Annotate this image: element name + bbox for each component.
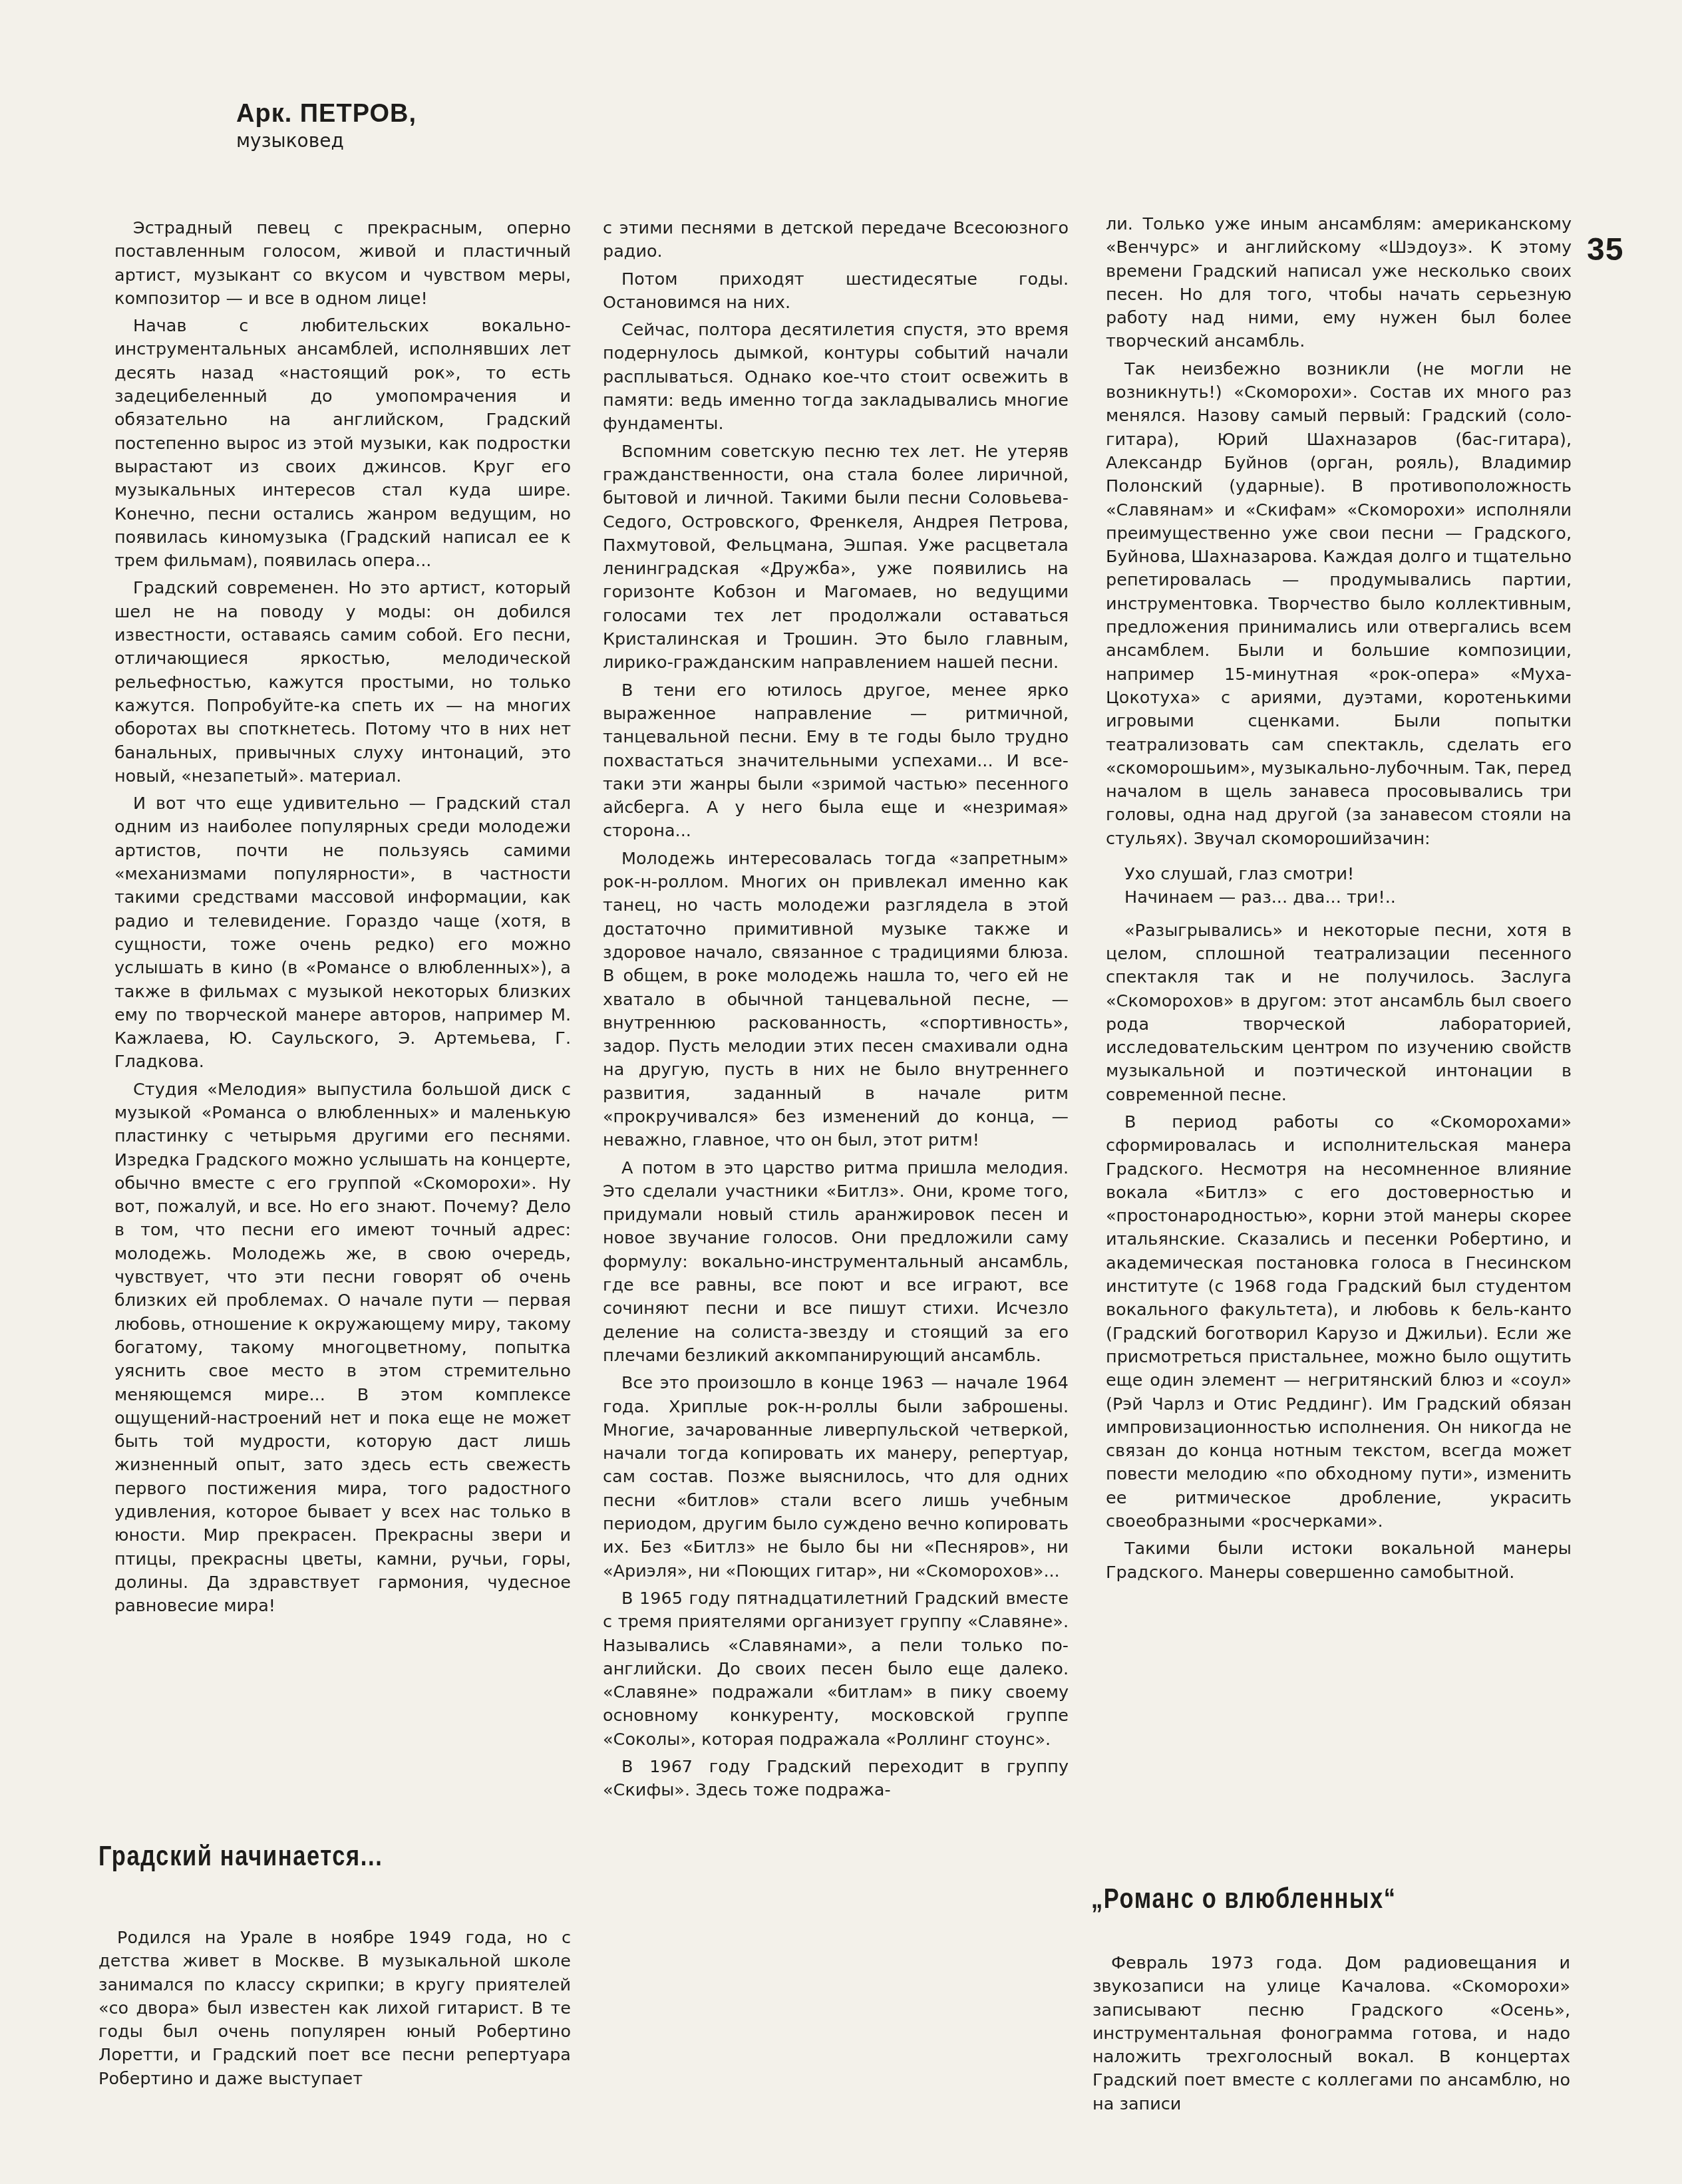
author-name: Арк. ПЕТРОВ, [236,98,417,129]
paragraph: Эстрадный певец с прекрасным, оперно пос… [114,217,571,311]
section-2-body: Февраль 1973 года. Дом радиовещания и зв… [1093,1952,1570,2120]
article-column-3: ли. Только уже иным ансамблям: американс… [1106,213,1572,1589]
author-role: музыковед [236,129,417,153]
paragraph: Февраль 1973 года. Дом радиовещания и зв… [1093,1952,1570,2116]
verse-quote: Ухо слушай, глаз смотри! Начинаем — раз.… [1106,863,1572,910]
paragraph: Вспомним советскую песню тех лет. Не уте… [603,440,1069,675]
verse-line: Начинаем — раз... два... три!.. [1106,886,1572,909]
verse-line: Ухо слушай, глаз смотри! [1106,863,1572,886]
paragraph: В тени его ютилось другое, менее ярко вы… [603,679,1069,844]
paragraph: ли. Только уже иным ансамблям: американс… [1106,213,1572,354]
paragraph: В 1965 году пятнадцатилетний Градский вм… [603,1587,1069,1752]
paragraph: Такими были истоки вокальной манеры Град… [1106,1537,1572,1585]
paragraph: Сейчас, полтора десятилетия спустя, это … [603,319,1069,436]
paragraph: Потом приходят шестидесятые годы. Остано… [603,268,1069,315]
paragraph: «Разыгрывались» и некоторые песни, хотя … [1106,919,1572,1107]
paragraph: Студия «Мелодия» выпустила большой диск … [114,1078,571,1619]
paragraph: Родился на Урале в ноябре 1949 года, но … [98,1927,571,2091]
paragraph: Все это произошло в конце 1963 — начале … [603,1372,1069,1583]
paragraph: И вот что еще удивительно — Градский ста… [114,792,571,1074]
paragraph: Молодежь интересовалась тогда «запретным… [603,848,1069,1153]
article-column-1: Эстрадный певец с прекрасным, оперно пос… [114,217,571,1623]
paragraph: Так неизбежно возникли (не могли не возн… [1106,358,1572,851]
paragraph: Начав с любительских вокально-инструмент… [114,315,571,573]
section-heading-gradsky-begins: Градский начинается... [98,1840,383,1872]
section-1-body: Родился на Урале в ноябре 1949 года, но … [98,1927,571,2095]
paragraph: В период работы со «Скоморохами» сформир… [1106,1111,1572,1533]
author-byline: Арк. ПЕТРОВ, музыковед [236,98,417,153]
paragraph: А потом в это царство ритма пришла мелод… [603,1157,1069,1368]
paragraph: В 1967 году Градский переходит в группу … [603,1756,1069,1803]
page-number: 35 [1587,232,1623,268]
section-heading-romance-of-lovers: „Романс о влюбленных“ [1091,1883,1397,1915]
article-column-2: с этими песнями в детской передаче Всесо… [603,217,1069,1807]
paragraph: с этими песнями в детской передаче Всесо… [603,217,1069,264]
paragraph: Градский современен. Но это артист, кото… [114,577,571,788]
